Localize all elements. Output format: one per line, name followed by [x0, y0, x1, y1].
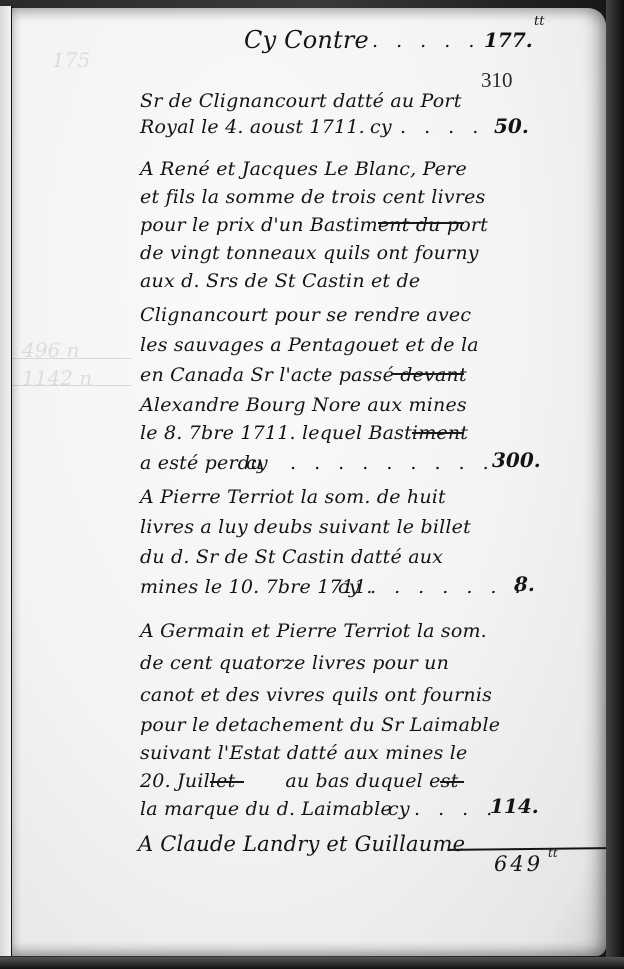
entry-3-cy: cy [338, 576, 360, 598]
line-filler-stroke [392, 373, 464, 375]
entry-4-line-2: de cent quatorze livres pour un [140, 652, 449, 674]
entry-3-line-3: du d. Sr de St Castin datté aux [140, 546, 443, 568]
entry-2-line-8: en Canada Sr l'acte passé devant [140, 364, 467, 386]
leader-dots: . . . . [414, 798, 498, 820]
entry-4-line-4: pour le detachement du Sr Laimable [140, 714, 500, 736]
leader-dots: . . . . . . . . . [290, 452, 495, 474]
entry-3-amount: 8. [514, 572, 535, 596]
header-label: Cy Contre [244, 26, 369, 54]
entry-4-line-5: suivant l'Estat datté aux mines le [140, 742, 467, 764]
manuscript-text: Cy Contre . . . . . 177. tt 310 Sr de Cl… [0, 0, 624, 969]
entry-4-line-3: canot et des vivres quils ont fournis [140, 684, 492, 706]
total-underline [448, 847, 606, 851]
entry-3-line-1: A Pierre Terriot la som. de huit [140, 486, 446, 508]
folio-stamp: 310 [481, 68, 513, 93]
leader-dots: . . . . . . . [370, 576, 527, 598]
entry-1-cy: cy [370, 116, 392, 138]
line-filler-stroke [440, 781, 464, 783]
line-filler-stroke [378, 222, 464, 224]
leader-dots: . . . . [400, 116, 484, 138]
entry-4-line-6: 20. Juillet au bas duquel est [140, 770, 458, 792]
entry-4-line-1: A Germain et Pierre Terriot la som. [140, 620, 487, 642]
entry-2-line-5: aux d. Srs de St Castin et de [140, 270, 420, 292]
entry-2-cy: cy [246, 452, 268, 474]
line-filler-stroke [412, 432, 464, 434]
page-total-unit-mark: tt [548, 846, 558, 860]
page-total-amount: 649 [494, 852, 543, 876]
entry-2-line-1: A René et Jacques Le Blanc, Pere [140, 158, 467, 180]
entry-1-line-2: Royal le 4. aoust 1711. [140, 116, 365, 138]
livres-unit-mark: tt [534, 14, 544, 29]
entry-2-line-4: de vingt tonneaux quils ont fourny [140, 242, 479, 264]
entry-1-line-1: Sr de Clignancourt datté au Port [140, 90, 462, 112]
entry-2-line-11: a esté perdu [140, 452, 263, 474]
entry-2-line-6: Clignancourt pour se rendre avec [140, 304, 471, 326]
entry-2-line-2: et fils la somme de trois cent livres [140, 186, 485, 208]
entry-2-line-9: Alexandre Bourg Nore aux mines [140, 394, 467, 416]
carried-forward-amount: 177. [484, 28, 533, 52]
line-filler-stroke [210, 781, 244, 783]
entry-2-line-7: les sauvages a Pentagouet et de la [140, 334, 479, 356]
entry-5-line-1: A Claude Landry et Guillaume [138, 832, 465, 856]
entry-4-line-7: la marque du d. Laimable [140, 798, 392, 820]
entry-4-cy: cy [388, 798, 410, 820]
entry-4-amount: 114. [490, 794, 539, 818]
entry-3-line-2: livres a luy deubs suivant le billet [140, 516, 471, 538]
entry-2-amount: 300. [492, 448, 541, 472]
entry-1-amount: 50. [494, 114, 529, 138]
entry-2-line-3: pour le prix d'un Bastiment du port [140, 214, 488, 236]
leader-dots: . . . . . [372, 30, 480, 52]
